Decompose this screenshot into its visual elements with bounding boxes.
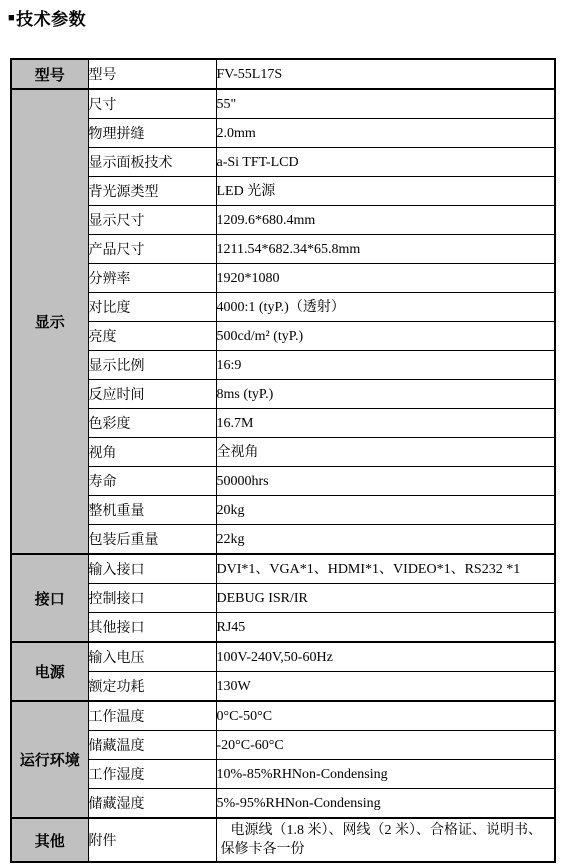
value-cell: 55" [216, 89, 555, 119]
table-row: 型号型号FV-55L17S [11, 59, 555, 89]
param-cell: 其他接口 [88, 613, 216, 643]
table-row: 工作湿度10%-85%RHNon-Condensing [11, 760, 555, 789]
table-row: 控制接口DEBUG ISR/IR [11, 584, 555, 613]
param-cell: 额定功耗 [88, 672, 216, 702]
category-cell: 型号 [11, 59, 88, 89]
param-cell: 分辨率 [88, 264, 216, 293]
table-row: 色彩度16.7M [11, 409, 555, 438]
param-cell: 储藏湿度 [88, 789, 216, 819]
value-cell: RJ45 [216, 613, 555, 643]
table-row: 视角全视角 [11, 438, 555, 467]
value-cell: 22kg [216, 525, 555, 555]
param-cell: 显示面板技术 [88, 148, 216, 177]
param-cell: 包装后重量 [88, 525, 216, 555]
param-cell: 对比度 [88, 293, 216, 322]
category-cell: 接口 [11, 554, 88, 642]
param-cell: 显示比例 [88, 351, 216, 380]
value-cell: 1211.54*682.34*65.8mm [216, 235, 555, 264]
param-cell: 背光源类型 [88, 177, 216, 206]
param-cell: 显示尺寸 [88, 206, 216, 235]
table-row: 寿命50000hrs [11, 467, 555, 496]
param-cell: 输入电压 [88, 642, 216, 672]
table-row: 运行环境工作温度0°C-50°C [11, 701, 555, 731]
param-cell: 色彩度 [88, 409, 216, 438]
value-cell: -20°C-60°C [216, 731, 555, 760]
value-cell: 8ms (tyP.) [216, 380, 555, 409]
table-row: 额定功耗130W [11, 672, 555, 702]
table-row: 整机重量20kg [11, 496, 555, 525]
table-row: 背光源类型LED 光源 [11, 177, 555, 206]
value-cell: 20kg [216, 496, 555, 525]
table-row: 显示尺寸1209.6*680.4mm [11, 206, 555, 235]
param-cell: 控制接口 [88, 584, 216, 613]
table-row: 分辨率1920*1080 [11, 264, 555, 293]
table-row: 电源输入电压100V-240V,50-60Hz [11, 642, 555, 672]
value-cell: 1920*1080 [216, 264, 555, 293]
table-row: 其他接口RJ45 [11, 613, 555, 643]
value-cell: 1209.6*680.4mm [216, 206, 555, 235]
page-title: ■技术参数 [8, 5, 86, 30]
value-cell: 130W [216, 672, 555, 702]
value-cell: 16.7M [216, 409, 555, 438]
table-row: 显示比例16:9 [11, 351, 555, 380]
category-cell: 运行环境 [11, 701, 88, 818]
table-row: 物理拼缝2.0mm [11, 119, 555, 148]
value-cell: a-Si TFT-LCD [216, 148, 555, 177]
table-row: 其他附件电源线（1.8 米）、网线（2 米）、合格证、说明书、保修卡各一份 [11, 818, 555, 862]
category-cell: 其他 [11, 818, 88, 862]
table-row: 显示面板技术a-Si TFT-LCD [11, 148, 555, 177]
value-cell: FV-55L17S [216, 59, 555, 89]
table-row: 亮度500cd/m² (tyP.) [11, 322, 555, 351]
category-cell: 电源 [11, 642, 88, 701]
param-cell: 附件 [88, 818, 216, 862]
value-cell: 全视角 [216, 438, 555, 467]
table-row: 储藏温度-20°C-60°C [11, 731, 555, 760]
param-cell: 型号 [88, 59, 216, 89]
table-row: 包装后重量22kg [11, 525, 555, 555]
value-cell: 10%-85%RHNon-Condensing [216, 760, 555, 789]
param-cell: 工作湿度 [88, 760, 216, 789]
category-cell: 显示 [11, 89, 88, 554]
value-cell: LED 光源 [216, 177, 555, 206]
table-row: 储藏湿度5%-95%RHNon-Condensing [11, 789, 555, 819]
param-cell: 寿命 [88, 467, 216, 496]
param-cell: 产品尺寸 [88, 235, 216, 264]
param-cell: 尺寸 [88, 89, 216, 119]
square-bullet-icon: ■ [8, 12, 15, 24]
param-cell: 输入接口 [88, 554, 216, 584]
value-cell: 0°C-50°C [216, 701, 555, 731]
table-row: 接口输入接口DVI*1、VGA*1、HDMI*1、VIDEO*1、RS232 *… [11, 554, 555, 584]
page-title-text: 技术参数 [16, 5, 86, 30]
table-row: 产品尺寸1211.54*682.34*65.8mm [11, 235, 555, 264]
value-cell: DEBUG ISR/IR [216, 584, 555, 613]
table-row: 显示尺寸55" [11, 89, 555, 119]
value-cell: 5%-95%RHNon-Condensing [216, 789, 555, 819]
value-cell: 2.0mm [216, 119, 555, 148]
value-cell: 50000hrs [216, 467, 555, 496]
param-cell: 反应时间 [88, 380, 216, 409]
param-cell: 工作温度 [88, 701, 216, 731]
value-cell: 500cd/m² (tyP.) [216, 322, 555, 351]
param-cell: 整机重量 [88, 496, 216, 525]
param-cell: 视角 [88, 438, 216, 467]
value-cell: 100V-240V,50-60Hz [216, 642, 555, 672]
spec-table: 型号型号FV-55L17S显示尺寸55"物理拼缝2.0mm显示面板技术a-Si … [10, 58, 556, 863]
spec-sheet-page: ■技术参数 型号型号FV-55L17S显示尺寸55"物理拼缝2.0mm显示面板技… [0, 0, 564, 865]
table-row: 反应时间8ms (tyP.) [11, 380, 555, 409]
param-cell: 亮度 [88, 322, 216, 351]
value-cell: 电源线（1.8 米）、网线（2 米）、合格证、说明书、保修卡各一份 [216, 818, 555, 862]
value-cell: DVI*1、VGA*1、HDMI*1、VIDEO*1、RS232 *1 [216, 554, 555, 584]
value-cell: 16:9 [216, 351, 555, 380]
value-cell: 4000:1 (tyP.)（透射） [216, 293, 555, 322]
param-cell: 物理拼缝 [88, 119, 216, 148]
param-cell: 储藏温度 [88, 731, 216, 760]
table-row: 对比度4000:1 (tyP.)（透射） [11, 293, 555, 322]
